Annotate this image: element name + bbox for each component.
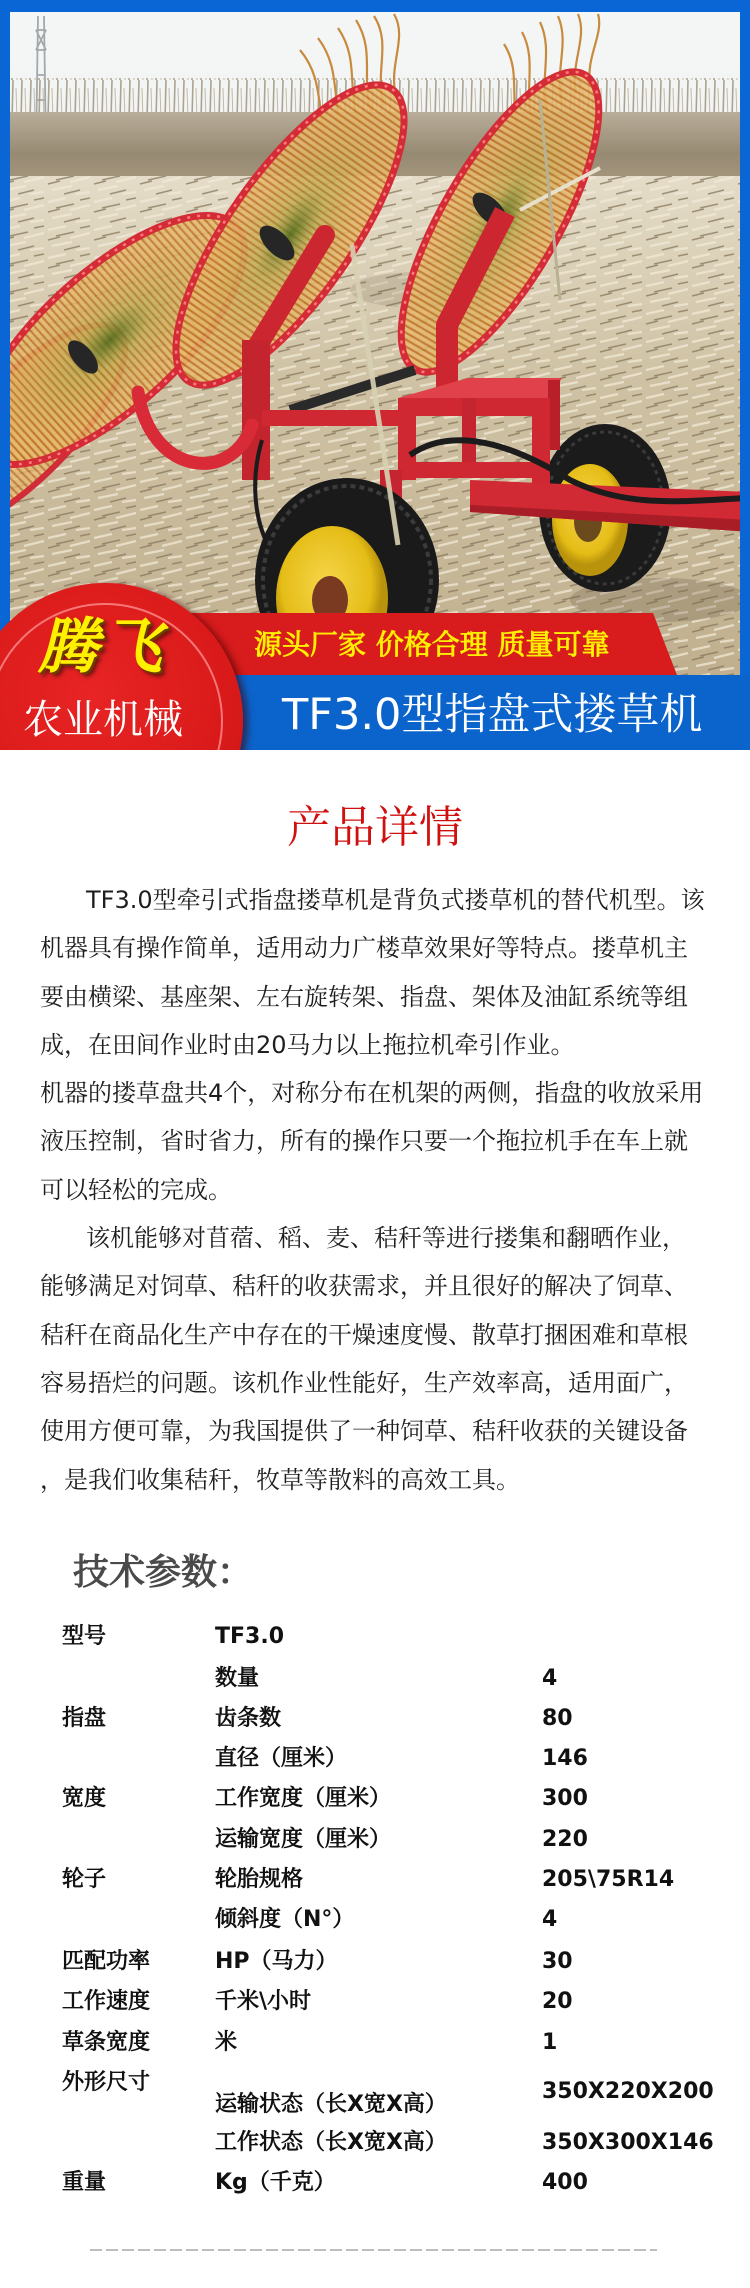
hero-banner: 源头厂家 价格合理 质量可靠 TF3.0型指盘式搂草机 腾飞 农业机械 <box>0 0 750 750</box>
spec-value: 146 <box>542 1744 588 1774</box>
spec-value: 4 <box>542 1905 557 1935</box>
spec-group: 轮子 <box>62 1865 106 1895</box>
slogan-text: 源头厂家 价格合理 质量可靠 <box>254 627 610 663</box>
spec-row: 倾斜度（N°） 4 <box>0 1905 750 1935</box>
spec-param: 数量 <box>215 1664 259 1694</box>
spec-param: 倾斜度（N°） <box>215 1905 354 1935</box>
spec-param: 米 <box>215 2028 237 2058</box>
spec-row: 匹配功率 HP（马力） 30 <box>0 1947 750 1977</box>
spec-row: 轮子 轮胎规格 205\75R14 <box>0 1865 750 1895</box>
paragraph-line: 可以轻松的完成。 <box>40 1166 720 1214</box>
paragraph-line: 成，在田间作业时由20马力以上拖拉机牵引作业。 <box>40 1021 720 1069</box>
paragraph-line: 该机能够对苜蓿、稻、麦、秸秆等进行搂集和翻晒作业， <box>40 1214 720 1262</box>
spec-param: 运输状态（长X宽X高） <box>215 2090 447 2120</box>
paragraph-line: 液压控制，省时省力，所有的操作只要一个拖拉机手在车上就 <box>40 1117 720 1165</box>
spec-value: 205\75R14 <box>542 1865 674 1895</box>
spec-row: 草条宽度 米 1 <box>0 2028 750 2058</box>
paragraph-line: 容易捂烂的问题。该机作业性能好，生产效率高，适用面广， <box>40 1359 720 1407</box>
spec-param: 轮胎规格 <box>215 1865 303 1895</box>
spec-value: 30 <box>542 1947 573 1977</box>
spec-group: 工作速度 <box>62 1987 150 2017</box>
specs-heading: 技术参数： <box>73 1552 253 1594</box>
brand-name: 腾飞 <box>0 612 204 682</box>
spec-group: 重量 <box>62 2168 106 2198</box>
paragraph-line: 机器具有操作简单，适用动力广楼草效果好等特点。搂草机主 <box>40 924 720 972</box>
spec-value: 80 <box>542 1704 573 1734</box>
spec-group: 型号 <box>62 1622 106 1652</box>
spec-param: TF3.0 <box>215 1622 284 1652</box>
paragraph-line: 要由横梁、基座架、左右旋转架、指盘、架体及油缸系统等组 <box>40 973 720 1021</box>
product-title: TF3.0型指盘式搂草机 <box>282 689 702 741</box>
spec-row: 工作状态（长X宽X高） 350X300X146 <box>0 2128 750 2158</box>
spec-param: 千米\小时 <box>215 1987 311 2017</box>
spec-param: 运输宽度（厘米） <box>215 1825 391 1855</box>
spec-param: 工作状态（长X宽X高） <box>215 2128 447 2158</box>
spec-param: Kg（千克） <box>215 2168 336 2198</box>
spec-row: 直径（厘米） 146 <box>0 1744 750 1774</box>
spec-value: 1 <box>542 2028 557 2058</box>
spec-group: 匹配功率 <box>62 1947 150 1977</box>
spec-row: 宽度 工作宽度（厘米） 300 <box>0 1784 750 1814</box>
details-body: TF3.0型牵引式指盘搂草机是背负式搂草机的替代机型。该 机器具有操作简单，适用… <box>40 876 720 1504</box>
spec-row: 重量 Kg（千克） 400 <box>0 2168 750 2198</box>
spec-value: 350X300X146 <box>542 2128 714 2158</box>
spec-group: 宽度 <box>62 1784 106 1814</box>
paragraph-line: ，是我们收集秸秆，牧草等散料的高效工具。 <box>40 1456 720 1504</box>
spec-group: 指盘 <box>62 1704 106 1734</box>
spec-param: HP（马力） <box>215 1947 338 1977</box>
spec-row: 数量 4 <box>0 1664 750 1694</box>
spec-value: 220 <box>542 1825 588 1855</box>
spec-row: 工作速度 千米\小时 20 <box>0 1987 750 2017</box>
spec-value: 300 <box>542 1784 588 1814</box>
spec-param: 齿条数 <box>215 1704 281 1734</box>
paragraph-line: TF3.0型牵引式指盘搂草机是背负式搂草机的替代机型。该 <box>40 876 720 924</box>
spec-group: 草条宽度 <box>62 2028 150 2058</box>
spec-row: 运输状态（长X宽X高） 350X220X200 <box>0 2090 750 2120</box>
spec-value: 400 <box>542 2168 588 2198</box>
details-heading: 产品详情 <box>0 804 750 852</box>
paragraph-line: 能够满足对饲草、秸秆的收获需求，并且很好的解决了饲草、 <box>40 1262 720 1310</box>
spec-value: 20 <box>542 1987 573 2017</box>
spec-value: 4 <box>542 1664 557 1694</box>
paragraph-line: 秸秆在商品化生产中存在的干燥速度慢、散草打捆困难和草根 <box>40 1311 720 1359</box>
paragraph-line: 使用方便可靠，为我国提供了一种饲草、秸秆收获的关键设备 <box>40 1407 720 1455</box>
spec-param: 工作宽度（厘米） <box>215 1784 391 1814</box>
spec-row: 指盘 齿条数 80 <box>0 1704 750 1734</box>
dashed-divider <box>90 2249 657 2251</box>
spec-param: 直径（厘米） <box>215 1744 347 1774</box>
brand-subtitle: 农业机械 <box>0 697 206 743</box>
spec-value: 350X220X200 <box>542 2077 714 2107</box>
spec-row: 型号 TF3.0 <box>0 1622 750 1652</box>
spec-row: 运输宽度（厘米） 220 <box>0 1825 750 1855</box>
paragraph-line: 机器的搂草盘共4个，对称分布在机架的两侧，指盘的收放采用 <box>40 1069 720 1117</box>
